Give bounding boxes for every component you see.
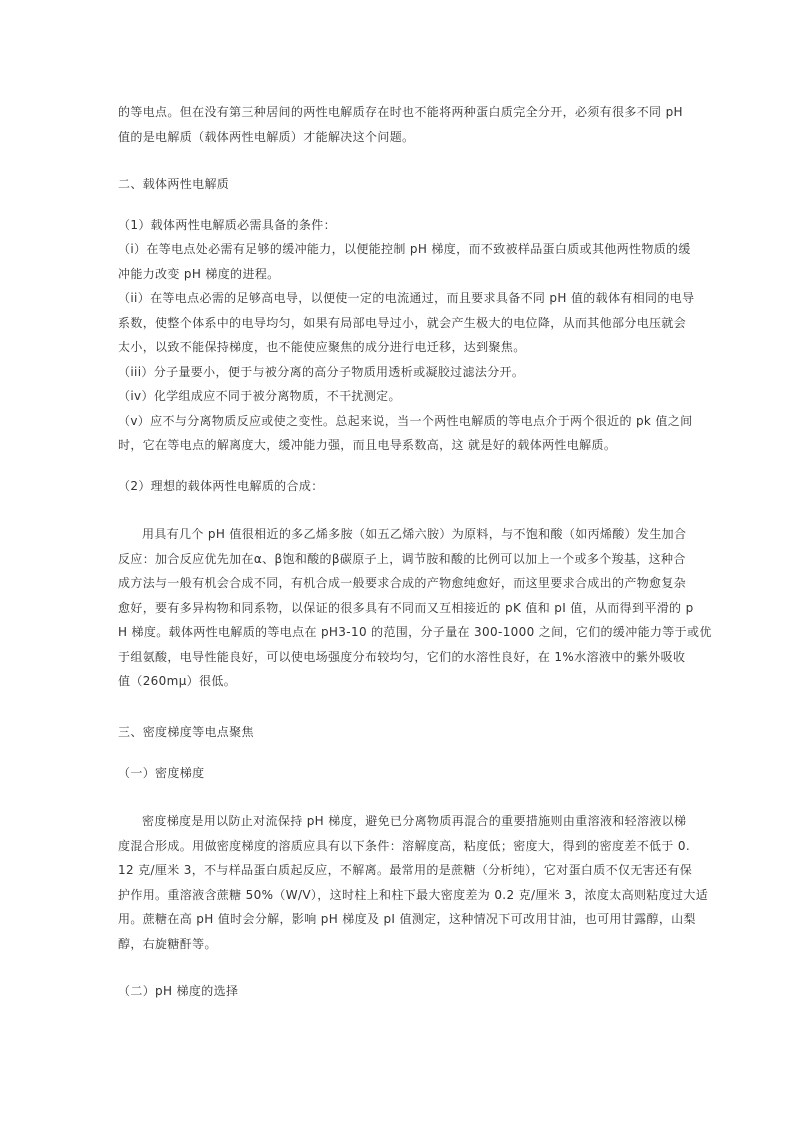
text-line: （一）密度梯度 (118, 765, 204, 781)
text-line: 时，它在等电点的解离度大，缓冲能力强，而且电导系数高，这 就是好的载体两性电解质… (118, 437, 616, 453)
text-line: 用。蔗糖在高 pH 值时会分解，影响 pH 梯度及 pI 值测定，这种情况下可改… (118, 911, 696, 927)
text-line: 二、载体两性电解质 (118, 176, 229, 192)
text-line: 太小，以致不能保持梯度，也不能使应聚焦的成分进行电迁移，达到聚焦。 (118, 339, 526, 355)
text-line: 系数，使整个体系中的电导均匀，如果有局部电导过小，就会产生极大的电位降，从而其他… (118, 315, 686, 331)
text-line: 度混合形成。用做密度梯度的溶质应具有以下条件：溶解度高，粘度低；密度大，得到的密… (118, 838, 690, 854)
text-line: 反应：加合反应优先加在α、β饱和酸的β碳原子上，调节胺和酸的比例可以加上一个或多… (118, 551, 686, 567)
text-line: 愈好，要有多异构物和同系物，以保证的很多具有不同而又互相接近的 pK 值和 pI… (118, 600, 694, 616)
text-line: （i）在等电点处必需有足够的缓冲能力，以便能控制 pH 梯度，而不致被样品蛋白质… (118, 241, 691, 257)
text-line: 12 克/厘米 3，不与样品蛋白质起反应，不解离。最常用的是蔗糖（分析纯），它对… (118, 862, 692, 878)
text-line: 于组氨酸，电导性能良好，可以使电场强度分布较均匀，它们的水溶性良好，在 1%水溶… (118, 649, 685, 665)
text-line: （二）pH 梯度的选择 (118, 983, 238, 999)
text-line: 醇，右旋糖酐等。 (118, 936, 217, 952)
text-line: （ii）在等电点必需的足够高电导，以便使一定的电流通过，而且要求具备不同 pH … (118, 290, 694, 306)
text-line: 的等电点。但在没有第三种居间的两性电解质存在时也不能将两种蛋白质完全分开，必须有… (118, 104, 683, 120)
text-line: 冲能力改变 pH 梯度的进程。 (118, 266, 280, 282)
text-line: 用具有几个 pH 值很相近的多乙烯多胺（如五乙烯六胺）为原料，与不饱和酸（如丙烯… (142, 526, 686, 542)
text-line: （iii）分子量要小，便于与被分离的高分子物质用透析或凝胶过滤法分开。 (118, 364, 524, 380)
text-line: （iv）化学组成应不同于被分离物质，不干扰测定。 (118, 388, 401, 404)
text-line: 值（260mμ）很低。 (118, 673, 236, 689)
text-line: 密度梯度是用以防止对流保持 pH 梯度，避免已分离物质再混合的重要措施则由重溶液… (142, 813, 686, 829)
text-line: 三、密度梯度等电点聚焦 (118, 724, 254, 740)
text-line: 值的是电解质（载体两性电解质）才能解决这个问题。 (118, 129, 414, 145)
text-line: （2）理想的载体两性电解质的合成： (118, 478, 324, 494)
text-line: （v）应不与分离物质反应或使之变性。总起来说，当一个两性电解质的等电点介于两个很… (118, 413, 692, 429)
text-line: H 梯度。载体两性电解质的等电点在 pH3-10 的范围，分子量在 300-10… (118, 624, 712, 640)
text-line: 成方法与一般有机会合成不同，有机合成一般要求合成的产物愈纯愈好，而这里要求合成出… (118, 575, 686, 591)
text-line: 护作用。重溶液含蔗糖 50%（W/V），这时柱上和柱下最大密度差为 0.2 克/… (118, 887, 708, 903)
text-line: （1）载体两性电解质必需具备的条件： (118, 217, 336, 233)
